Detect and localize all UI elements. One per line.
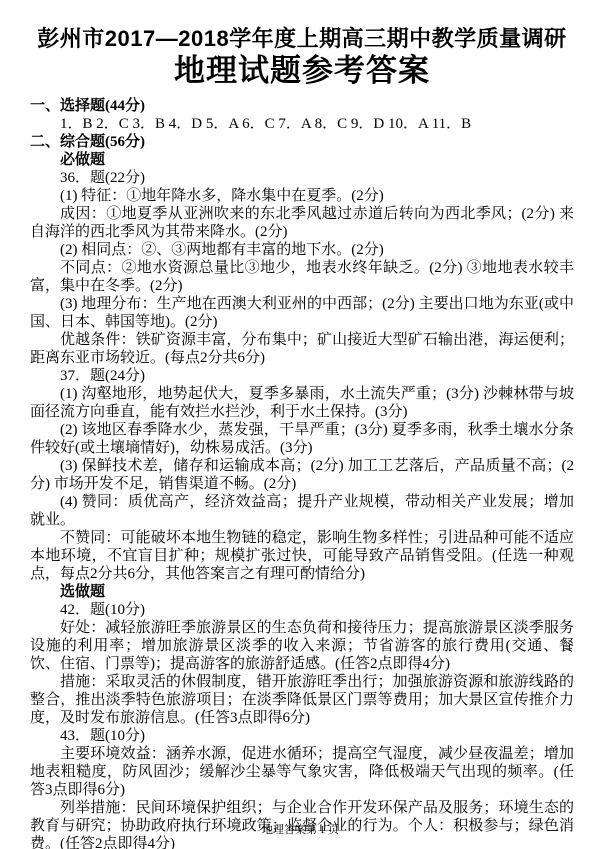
answer-paragraph: 不赞同：可能破坏本地生物链的稳定，影响生物多样性；引进品种可能不适应本地环境，不…: [30, 529, 574, 583]
answer-paragraph: 主要环境效益：涵养水源，促进水循环；提高空气湿度，减少昼夜温差；增加地表粗糙度，…: [30, 745, 574, 799]
answer-paragraph: 成因：①地夏季从亚洲吹来的东北季风越过赤道后转向为西北季风；(2分) 来自海洋的…: [30, 205, 574, 241]
answer-paragraph: 措施：采取灵活的休假制度，错开旅游旺季出行；加强旅游资源和旅游线路的整合，推出淡…: [30, 673, 574, 727]
answer-paragraph: 不同点：②地水资源总量比③地少，地表水终年缺乏。(2分) ③地地表水较丰富，集中…: [30, 259, 574, 295]
subsection-heading: 必做题: [30, 151, 574, 169]
answer-paragraph: (1) 特征：①地年降水多，降水集中在夏季。(2分): [30, 187, 574, 205]
answer-paragraph: 1．B 2．C 3．B 4．D 5．A 6．C 7．A 8．C 9．D 10．A…: [30, 115, 574, 133]
answer-sheet-page: 彭州市2017—2018学年度上期高三期中教学质量调研 地理试题参考答案 一、选…: [0, 0, 601, 849]
answer-paragraph: 优越条件：铁矿资源丰富，分布集中；矿山接近大型矿石输出港，海运便利；距离东亚市场…: [30, 331, 574, 367]
section-heading: 一、选择题(44分): [30, 97, 574, 115]
answer-paragraph: 37．题(24分): [30, 367, 574, 385]
answer-paragraph: 36．题(22分): [30, 169, 574, 187]
answer-paragraph: (3) 保鲜技术差，储存和运输成本高；(2分) 加工工艺落后，产品质量不高；(2…: [30, 457, 574, 493]
answer-paragraph: (3) 地理分布：生产地在西澳大利亚州的中西部；(2分) 主要出口地为东亚(或中…: [30, 295, 574, 331]
answer-paragraph: (2) 该地区春季降水少，蒸发强，干旱严重；(3分) 夏季多雨，秋季土壤水分条件…: [30, 421, 574, 457]
page-title: 彭州市2017—2018学年度上期高三期中教学质量调研: [30, 26, 574, 52]
page-subtitle: 地理试题参考答案: [30, 52, 574, 89]
section-heading: 二、综合题(56分): [30, 133, 574, 151]
answer-paragraph: 43．题(10分): [30, 727, 574, 745]
answer-paragraph: (4) 赞同：质优高产，经济效益高；提升产业规模，带动相关产业发展；增加就业。: [30, 493, 574, 529]
page-footer: 地理答案第 1 页: [0, 821, 601, 837]
answer-paragraph: (2) 相同点：②、③两地都有丰富的地下水。(2分): [30, 241, 574, 259]
answer-paragraph: (1) 沟壑地形，地势起伏大，夏季多暴雨，水土流失严重；(3分) 沙棘林带与坡面…: [30, 385, 574, 421]
answer-content: 一、选择题(44分)1．B 2．C 3．B 4．D 5．A 6．C 7．A 8．…: [30, 97, 574, 849]
subsection-heading: 选做题: [30, 583, 574, 601]
answer-paragraph: 好处：减轻旅游旺季旅游景区的生态负荷和接待压力；提高旅游景区淡季服务设施的利用率…: [30, 619, 574, 673]
answer-paragraph: 42．题(10分): [30, 601, 574, 619]
